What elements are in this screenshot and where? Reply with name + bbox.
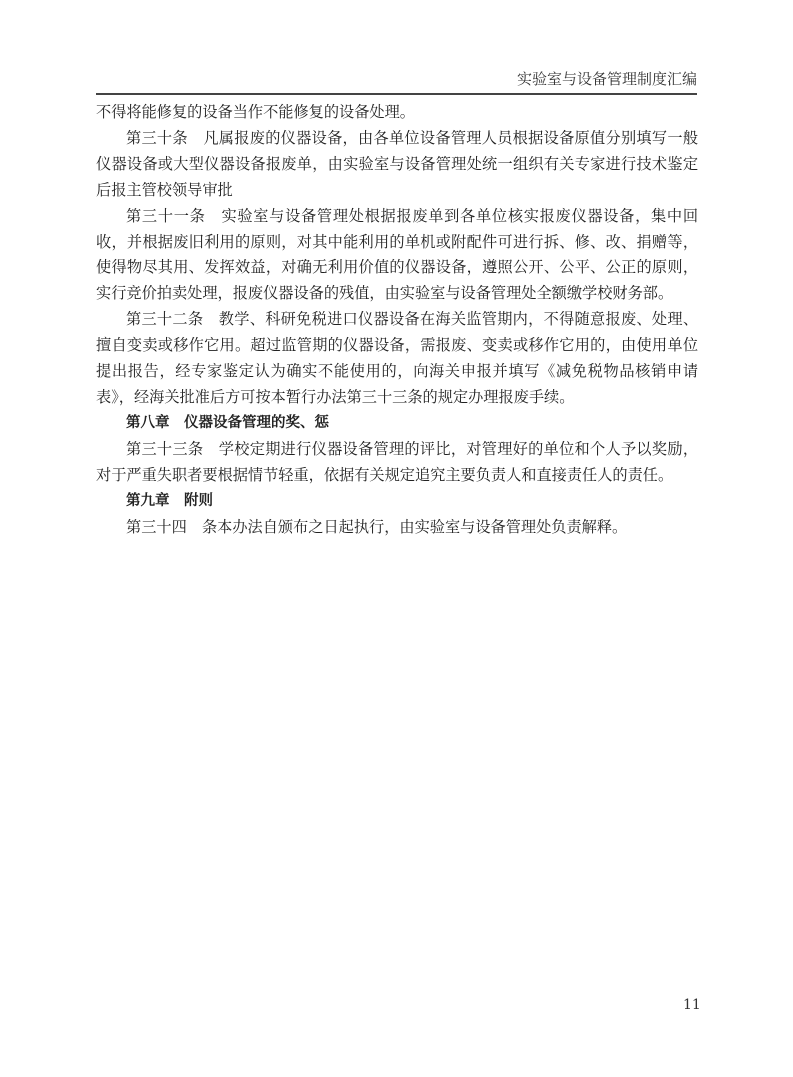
article-number: 第三十四 xyxy=(126,518,187,536)
page-number: 11 xyxy=(683,997,701,1013)
chapter-title: 仪器设备管理的奖、惩 xyxy=(184,415,329,431)
article-number: 第三十条 xyxy=(126,129,188,147)
chapter-8-heading: 第八章仪器设备管理的奖、惩 xyxy=(96,411,698,437)
article-number: 第三十三条 xyxy=(126,440,203,458)
continuation-paragraph: 不得将能修复的设备当作不能修复的设备处理。 xyxy=(96,100,698,126)
article-32: 第三十二条教学、科研免税进口仪器设备在海关监管期内，不得随意报废、处理、擅自变卖… xyxy=(96,307,698,411)
article-number: 第三十二条 xyxy=(126,310,203,328)
chapter-number: 第八章 xyxy=(126,415,170,431)
header-title: 实验室与设备管理制度汇编 xyxy=(517,68,697,89)
article-33: 第三十三条学校定期进行仪器设备管理的评比，对管理好的单位和个人予以奖励，对于严重… xyxy=(96,437,698,489)
article-30: 第三十条凡属报废的仪器设备，由各单位设备管理人员根据设备原值分别填写一般仪器设备… xyxy=(96,126,698,204)
article-34: 第三十四条本办法自颁布之日起执行，由实验室与设备管理处负责解释。 xyxy=(96,515,698,541)
header-rule xyxy=(96,93,697,95)
article-text: 条本办法自颁布之日起执行，由实验室与设备管理处负责解释。 xyxy=(202,518,627,536)
chapter-number: 第九章 xyxy=(126,493,170,509)
article-31: 第三十一条实验室与设备管理处根据报废单到各单位核实报废仪器设备，集中回收，并根据… xyxy=(96,204,698,308)
document-body: 不得将能修复的设备当作不能修复的设备处理。 第三十条凡属报废的仪器设备，由各单位… xyxy=(96,100,698,540)
article-number: 第三十一条 xyxy=(126,207,206,225)
chapter-9-heading: 第九章附则 xyxy=(96,489,698,515)
chapter-title: 附则 xyxy=(184,493,213,509)
